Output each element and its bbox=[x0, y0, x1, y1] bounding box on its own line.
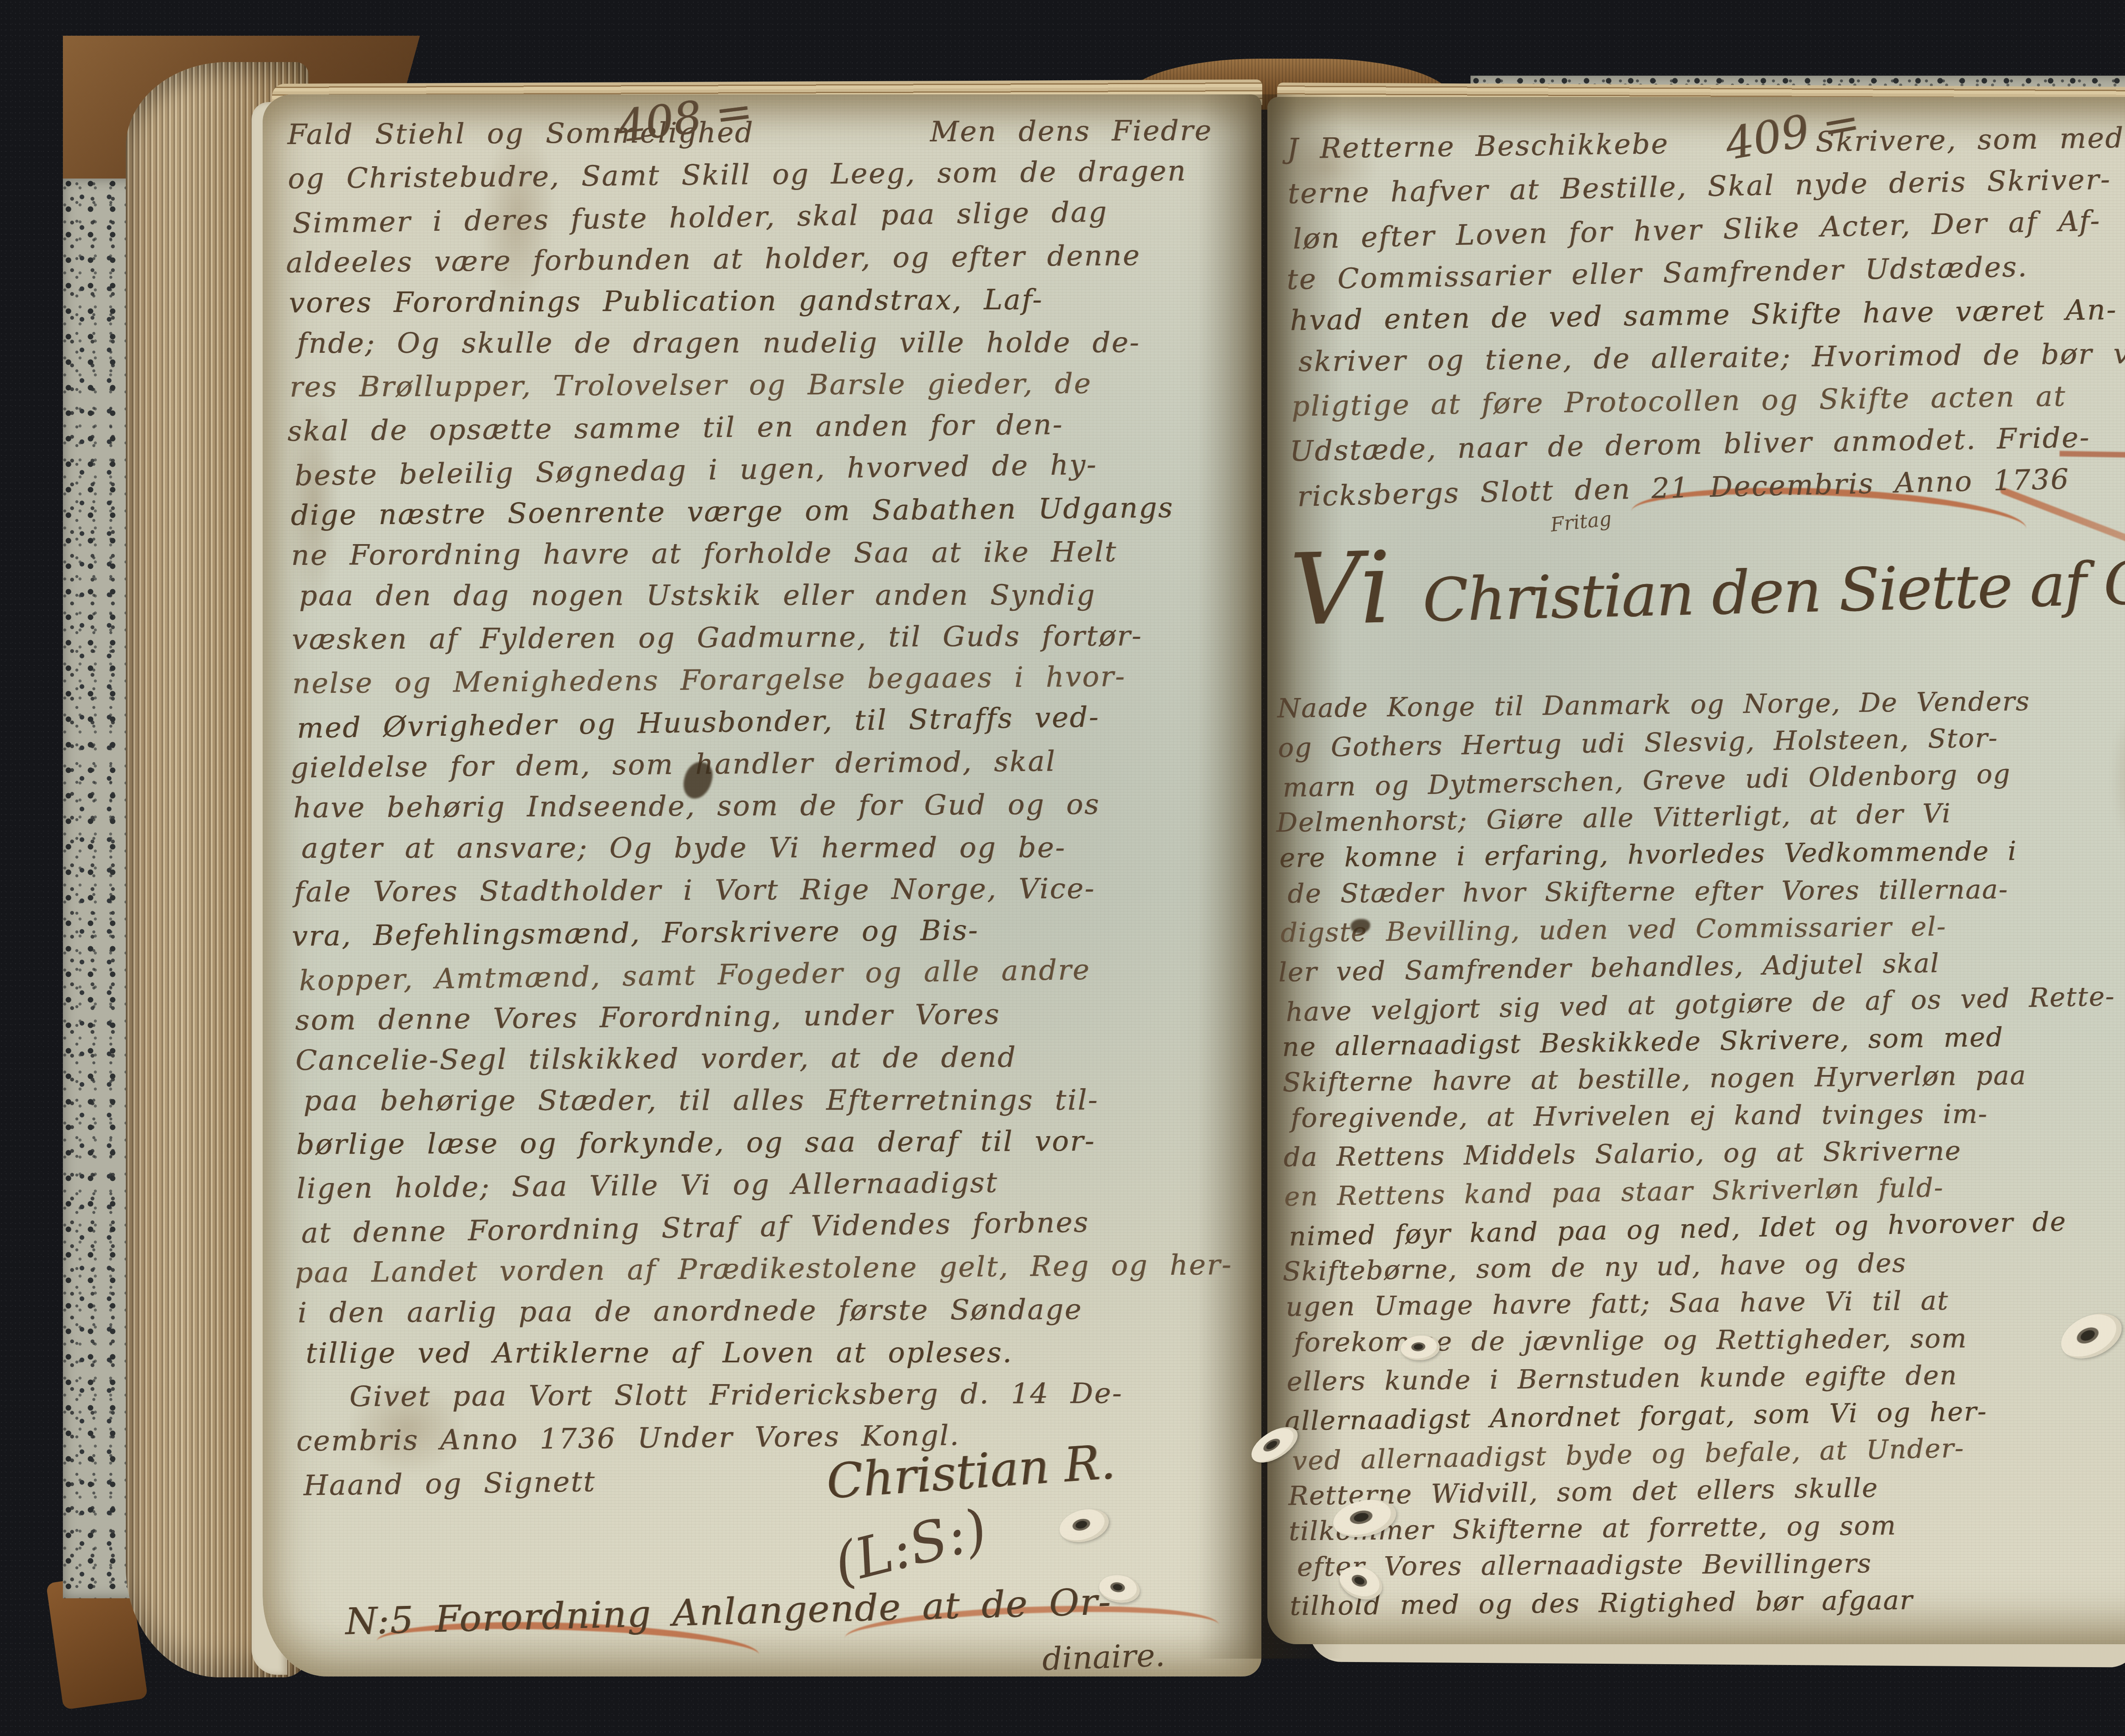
manuscript-line: res Brøllupper, Trolovelser og Barsle gi… bbox=[289, 362, 1250, 408]
manuscript-line: de Stæder hvor Skifterne efter Vores til… bbox=[1287, 869, 2125, 913]
manuscript-line: da Rettens Middels Salario, og at Skrive… bbox=[1283, 1129, 2125, 1176]
manuscript-line: efter Vores allernaadigste Bevillingers bbox=[1297, 1543, 2125, 1586]
manuscript-line: foregivende, at Hvrivelen ej kand tvinge… bbox=[1291, 1094, 2125, 1137]
royal-heading: Vi Christian den Siette af Guds bbox=[1289, 517, 2125, 639]
manuscript-line: gieldelse for dem, som handler derimod, … bbox=[290, 738, 1251, 789]
right-page-body-text: Naade Konge til Danmark og Norge, De Ven… bbox=[1277, 679, 2125, 1627]
manuscript-line: tillige ved Artiklerne af Loven at oples… bbox=[306, 1331, 1266, 1374]
manuscript-line: vores Forordnings Publication gandstrax,… bbox=[289, 278, 1249, 324]
manuscript-line: ne Forordning havre at forholde Saa at i… bbox=[291, 530, 1252, 576]
manuscript-line: Givet paa Vort Slott Fridericksberg d. 1… bbox=[349, 1372, 1259, 1418]
manuscript-line: fale Vores Stadtholder i Vort Rige Norge… bbox=[294, 867, 1255, 913]
manuscript-line: paa Landet vorden af Prædikestolene gelt… bbox=[295, 1243, 1255, 1294]
manuscript-line: have behørig Indseende, som de for Gud o… bbox=[293, 783, 1254, 829]
manuscript-line: Cancelie-Segl tilskikked vorder, at de d… bbox=[295, 1035, 1256, 1081]
manuscript-line: tilhold med og des Rigtighed bør afgaar bbox=[1289, 1578, 2125, 1625]
right-page-top-text: J Retterne Beschikkebe Skrivere, som med… bbox=[1286, 113, 2125, 516]
manuscript-line: fnde; Og skulle de dragen nudelig ville … bbox=[297, 321, 1257, 364]
footer-decree-continuation: dinaire. bbox=[1042, 1637, 1166, 1678]
manuscript-line: børlige læse og forkynde, og saa deraf t… bbox=[296, 1119, 1257, 1166]
archival-photo: Fald Stiehl og Sommelighed Men dens Fied… bbox=[0, 0, 2125, 1736]
manuscript-line: væsken af Fylderen og Gadmurne, til Guds… bbox=[292, 614, 1252, 661]
manuscript-line: i den aarlig paa de anordnede første Søn… bbox=[297, 1288, 1258, 1334]
manuscript-line: agter at ansvare; Og byde Vi hermed og b… bbox=[301, 826, 1262, 869]
manuscript-line: paa den dag nogen Ustskik eller anden Sy… bbox=[299, 574, 1260, 617]
manuscript-line: aldeeles være forbunden at holder, og ef… bbox=[286, 233, 1247, 284]
manuscript-line: paa behørige Stæder, til alles Efterretn… bbox=[303, 1079, 1264, 1122]
royal-heading-lead: Vi bbox=[1289, 530, 1424, 648]
left-page-text: Fald Stiehl og Sommelighed Men dens Fied… bbox=[287, 107, 1260, 1504]
manuscript-line: Fald Stiehl og Sommelighed Men dens Fied… bbox=[287, 109, 1248, 156]
